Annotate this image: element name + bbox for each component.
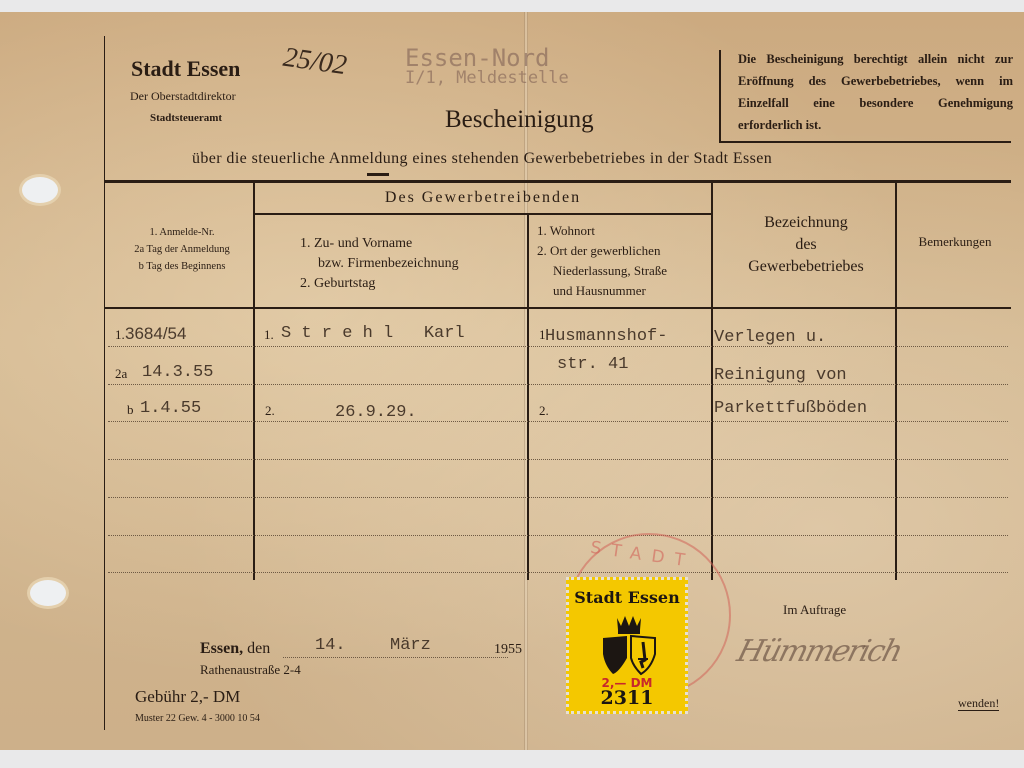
row-line xyxy=(108,346,1008,347)
place-name: Essen, xyxy=(200,640,243,657)
prefix-2a: 2a xyxy=(115,366,127,382)
office-stamp-line2: I/1, Meldestelle xyxy=(405,68,569,88)
birthdate: 26.9.29. xyxy=(335,403,417,422)
on-behalf-label: Im Auftrage xyxy=(783,602,846,618)
date-day: 14. xyxy=(315,636,346,655)
prefix-1: 1. xyxy=(264,327,274,343)
prefix-2b: b xyxy=(127,402,134,418)
column-divider-3 xyxy=(711,183,713,580)
column-divider-2 xyxy=(527,214,529,580)
header-line: 1. Zu- und Vorname xyxy=(300,234,459,254)
header-line: und Hausnummer xyxy=(537,281,667,301)
row-line xyxy=(108,459,1008,460)
header-line: Niederlassung, Straße xyxy=(537,261,667,281)
place-and-date: Essen, den xyxy=(200,640,270,658)
revenue-stamp: Stadt Essen 2,— DM 2311 xyxy=(566,577,688,714)
coat-of-arms-icon xyxy=(597,614,661,678)
column-header-remarks: Bemerkungen xyxy=(900,234,1010,250)
column-header-name: 1. Zu- und Vorname bzw. Firmenbezeichnun… xyxy=(300,234,459,294)
stamp-city: Stadt Essen xyxy=(569,588,685,607)
row-line xyxy=(108,384,1008,385)
row-line xyxy=(108,535,1008,536)
prefix-2: 2. xyxy=(265,403,275,419)
stamp-number: 2311 xyxy=(569,687,685,709)
column-header-address: 1. Wohnort 2. Ort der gewerblichen Niede… xyxy=(537,221,667,301)
header-line: 1. Anmelde-Nr. xyxy=(112,224,252,241)
turn-over-note: wenden! xyxy=(958,697,999,711)
header-line: b Tag des Beginnens xyxy=(112,258,252,275)
business-line-3: Parkettfußböden xyxy=(714,399,867,418)
table-header-bottom-rule xyxy=(105,307,1011,309)
group-header-rule xyxy=(254,213,712,215)
registration-date: 14.3.55 xyxy=(142,363,213,382)
date-year: 1955 xyxy=(494,642,522,658)
date-month: März xyxy=(390,636,431,655)
signature: Hümmerich xyxy=(733,634,905,669)
header-line: Bezeichnung xyxy=(716,212,896,234)
header-line: des xyxy=(716,234,896,256)
row-line xyxy=(108,572,1008,573)
row-line xyxy=(108,421,1008,422)
address-line-2: str. 41 xyxy=(557,355,628,374)
address-line-1: Husmannshof- xyxy=(545,327,667,346)
group-header: Des Gewerbetreibenden xyxy=(258,189,708,207)
trader-name: S t r e h l Karl xyxy=(281,324,465,343)
city-title: Stadt Essen xyxy=(131,56,240,82)
office-address: Rathenaustraße 2-4 xyxy=(200,662,301,678)
prefix-2: 2. xyxy=(539,403,549,419)
punch-hole-bottom xyxy=(30,580,66,606)
header-line: Gewerbebetriebes xyxy=(716,256,896,278)
punch-hole-top xyxy=(22,177,58,203)
header-line: 2. Ort der gewerblichen xyxy=(537,241,667,261)
fee: Gebühr 2,- DM xyxy=(135,687,240,707)
start-date: 1.4.55 xyxy=(140,399,201,418)
business-line-1: Verlegen u. xyxy=(714,328,826,347)
document-subtitle: über die steuerliche Anmeldung eines ste… xyxy=(192,150,772,168)
office-stamp: Essen-Nord I/1, Meldestelle xyxy=(405,44,569,88)
notice-box-text: Die Bescheinigung berechtigt allein nich… xyxy=(738,48,1013,136)
document-title: Bescheinigung xyxy=(445,106,594,134)
column-header-business: Bezeichnung des Gewerbebetriebes xyxy=(716,212,896,278)
date-dotted-line xyxy=(283,657,508,658)
header-line: 2. Geburtstag xyxy=(300,274,459,294)
column-header-registration: 1. Anmelde-Nr. 2a Tag der Anmeldung b Ta… xyxy=(112,224,252,275)
margin-rule xyxy=(104,36,105,730)
row-line xyxy=(108,497,1008,498)
business-line-2: Reinigung von xyxy=(714,366,847,385)
header-line: 2a Tag der Anmeldung xyxy=(112,241,252,258)
column-divider-1 xyxy=(253,183,255,580)
prefix-1: 1. xyxy=(115,327,125,343)
table-top-rule xyxy=(105,180,1011,183)
notice-left-rule xyxy=(719,50,721,142)
notice-bottom-rule xyxy=(719,141,1011,143)
form-number: Muster 22 Gew. 4 - 3000 10 54 xyxy=(135,713,260,724)
tax-office-line: Stadtsteueramt xyxy=(150,112,222,124)
header-line: bzw. Firmenbezeichnung xyxy=(300,254,459,274)
place-den: den xyxy=(243,640,270,657)
header-line: 1. Wohnort xyxy=(537,221,667,241)
underline-mark xyxy=(367,173,389,176)
registration-number: 3684/54 xyxy=(125,324,186,344)
department-line: Der Oberstadtdirektor xyxy=(130,89,236,104)
